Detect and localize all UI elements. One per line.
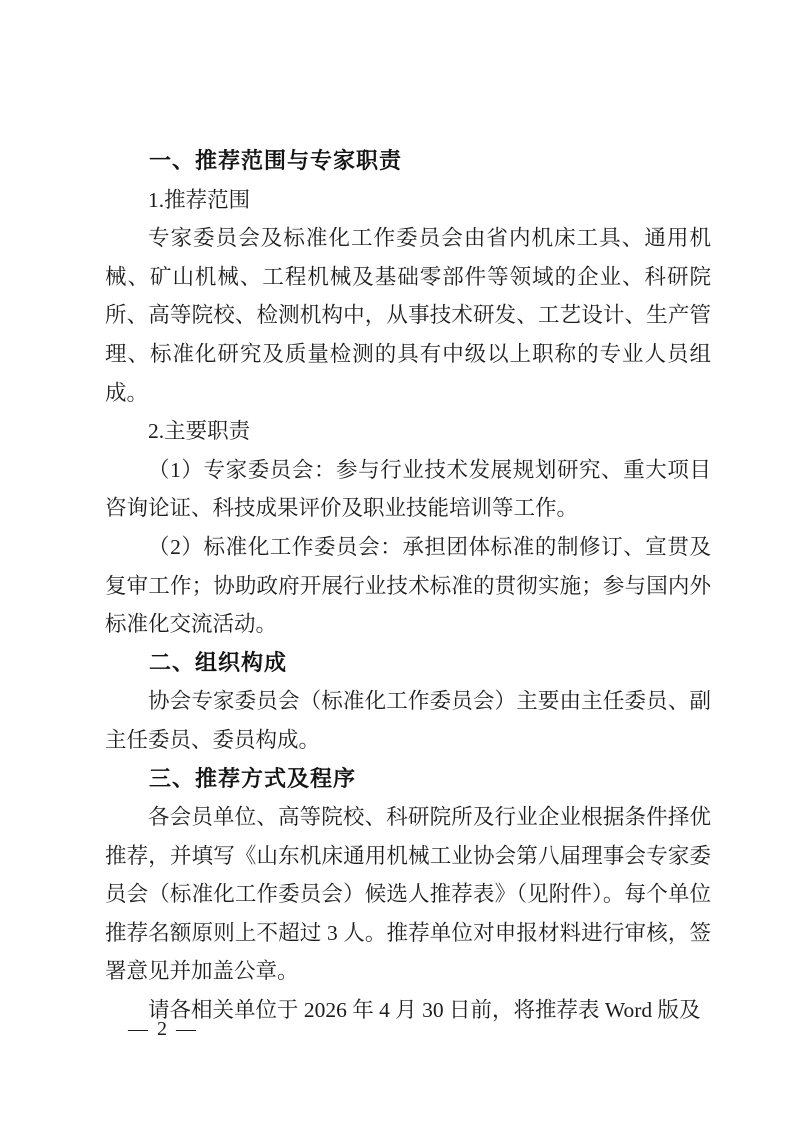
- section-heading-recommendation-method-procedure: 三、推荐方式及程序: [105, 760, 711, 799]
- paragraph-recommendation-procedure: 各会员单位、高等院校、科研院所及行业企业根据条件择优推荐，并填写《山东机床通用机…: [105, 798, 711, 991]
- paragraph-scope-description: 专家委员会及标准化工作委员会由省内机床工具、通用机械、矿山机械、工程机械及基础零…: [105, 219, 711, 412]
- document-body: 一、推荐范围与专家职责 1.推荐范围 专家委员会及标准化工作委员会由省内机床工具…: [105, 142, 711, 1030]
- paragraph-standardization-committee-duties: （2）标准化工作委员会：承担团体标准的制修订、宣贯及复审工作；协助政府开展行业技…: [105, 528, 711, 644]
- paragraph-expert-committee-duties: （1）专家委员会：参与行业技术发展规划研究、重大项目咨询论证、科技成果评价及职业…: [105, 451, 711, 528]
- paragraph-composition-description: 协会专家委员会（标准化工作委员会）主要由主任委员、副主任委员、委员构成。: [105, 682, 711, 759]
- section-heading-recommendation-scope-duties: 一、推荐范围与专家职责: [105, 142, 711, 181]
- subsection-title-recommendation-scope: 1.推荐范围: [105, 181, 711, 220]
- page-number: — 2 —: [128, 1018, 198, 1041]
- subsection-title-main-duties: 2.主要职责: [105, 412, 711, 451]
- document-page: 一、推荐范围与专家职责 1.推荐范围 专家委员会及标准化工作委员会由省内机床工具…: [0, 0, 800, 1131]
- section-heading-organization-composition: 二、组织构成: [105, 644, 711, 683]
